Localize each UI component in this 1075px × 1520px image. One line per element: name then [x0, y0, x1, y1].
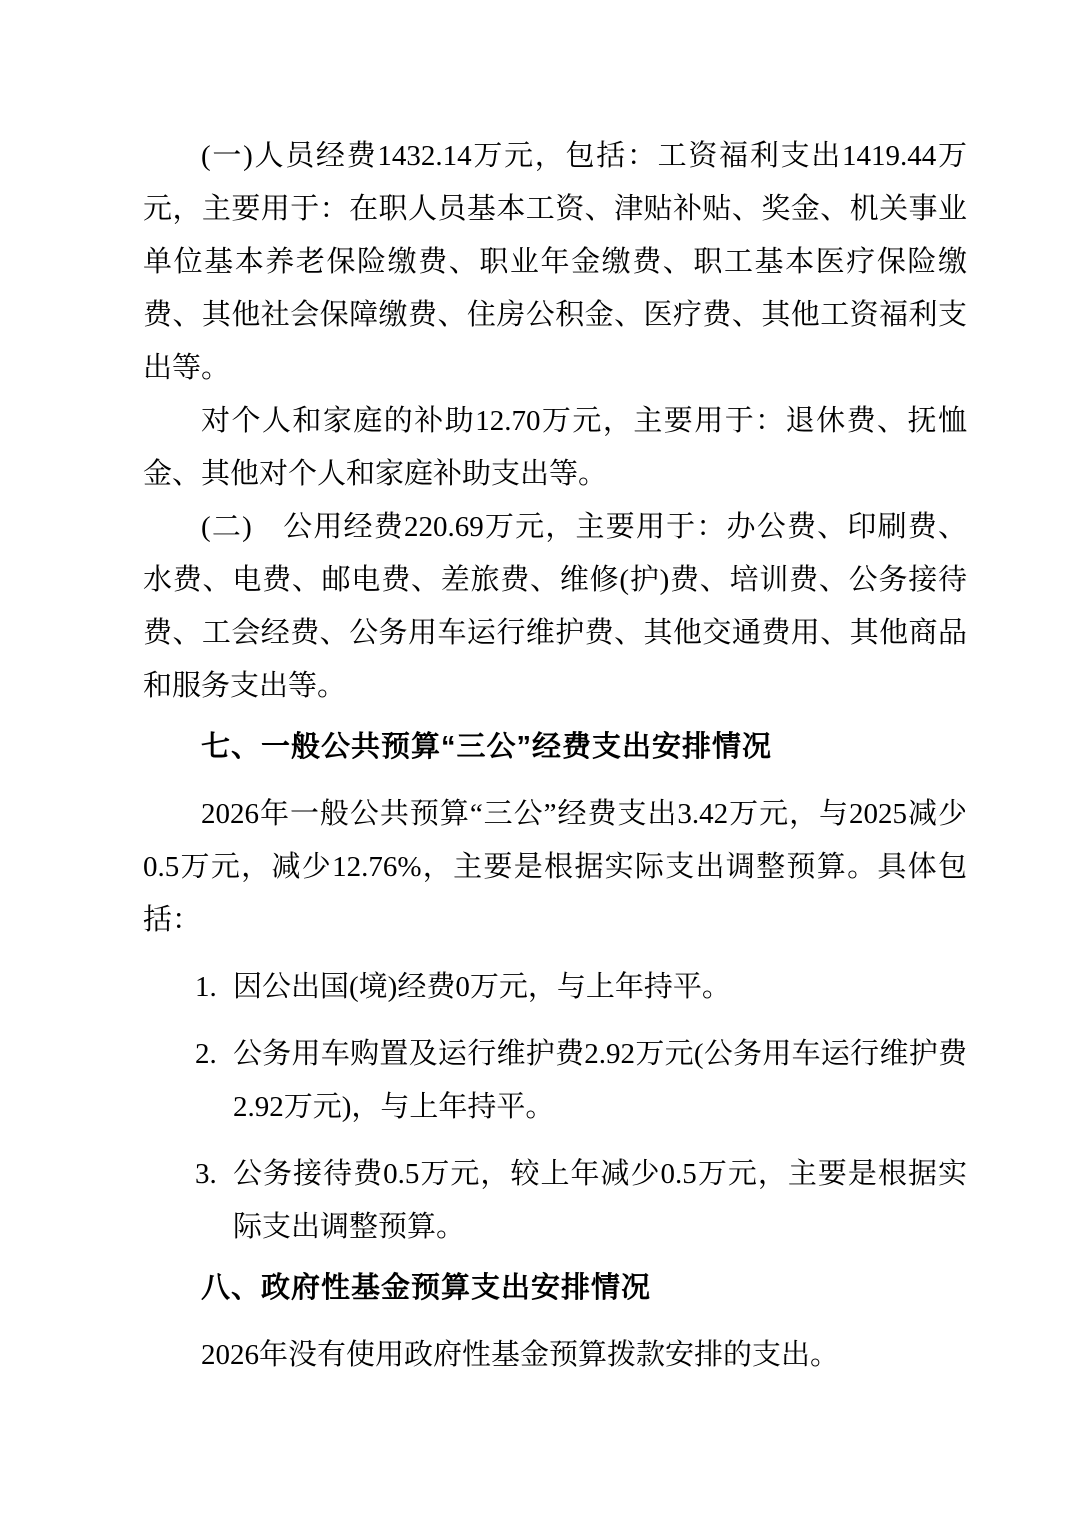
section-heading: 八、政府性基金预算支出安排情况	[143, 1262, 967, 1315]
list-item-number: 1.	[195, 961, 217, 1014]
list-item-text: 因公出国(境)经费0万元，与上年持平。	[233, 971, 731, 1003]
list-item-text: 公务用车购置及运行维护费2.92万元(公务用车运行维护费2.92万元)，与上年持…	[233, 1038, 967, 1123]
document-page: (一)人员经费1432.14万元，包括：工资福利支出1419.44万元，主要用于…	[0, 0, 1075, 1520]
paragraph: 2026年一般公共预算“三公”经费支出3.42万元，与2025减少0.5万元，减…	[143, 788, 967, 947]
list-item-number: 2.	[195, 1028, 217, 1081]
section-heading: 七、一般公共预算“三公”经费支出安排情况	[143, 721, 967, 774]
list-item: 2.公务用车购置及运行维护费2.92万元(公务用车运行维护费2.92万元)，与上…	[143, 1028, 967, 1134]
paragraph: 对个人和家庭的补助12.70万元，主要用于：退休费、抚恤金、其他对个人和家庭补助…	[143, 395, 967, 501]
paragraph: 2026年没有使用政府性基金预算拨款安排的支出。	[143, 1329, 967, 1382]
paragraph: (一)人员经费1432.14万元，包括：工资福利支出1419.44万元，主要用于…	[143, 130, 967, 395]
list-item-number: 3.	[195, 1148, 217, 1201]
paragraph: (二) 公用经费220.69万元，主要用于：办公费、印刷费、水费、电费、邮电费、…	[143, 501, 967, 713]
list-item: 1.因公出国(境)经费0万元，与上年持平。	[143, 961, 967, 1014]
list-item-text: 公务接待费0.5万元，较上年减少0.5万元，主要是根据实际支出调整预算。	[233, 1158, 967, 1243]
document-body: (一)人员经费1432.14万元，包括：工资福利支出1419.44万元，主要用于…	[0, 0, 1075, 1382]
list-item: 3.公务接待费0.5万元，较上年减少0.5万元，主要是根据实际支出调整预算。	[143, 1148, 967, 1254]
